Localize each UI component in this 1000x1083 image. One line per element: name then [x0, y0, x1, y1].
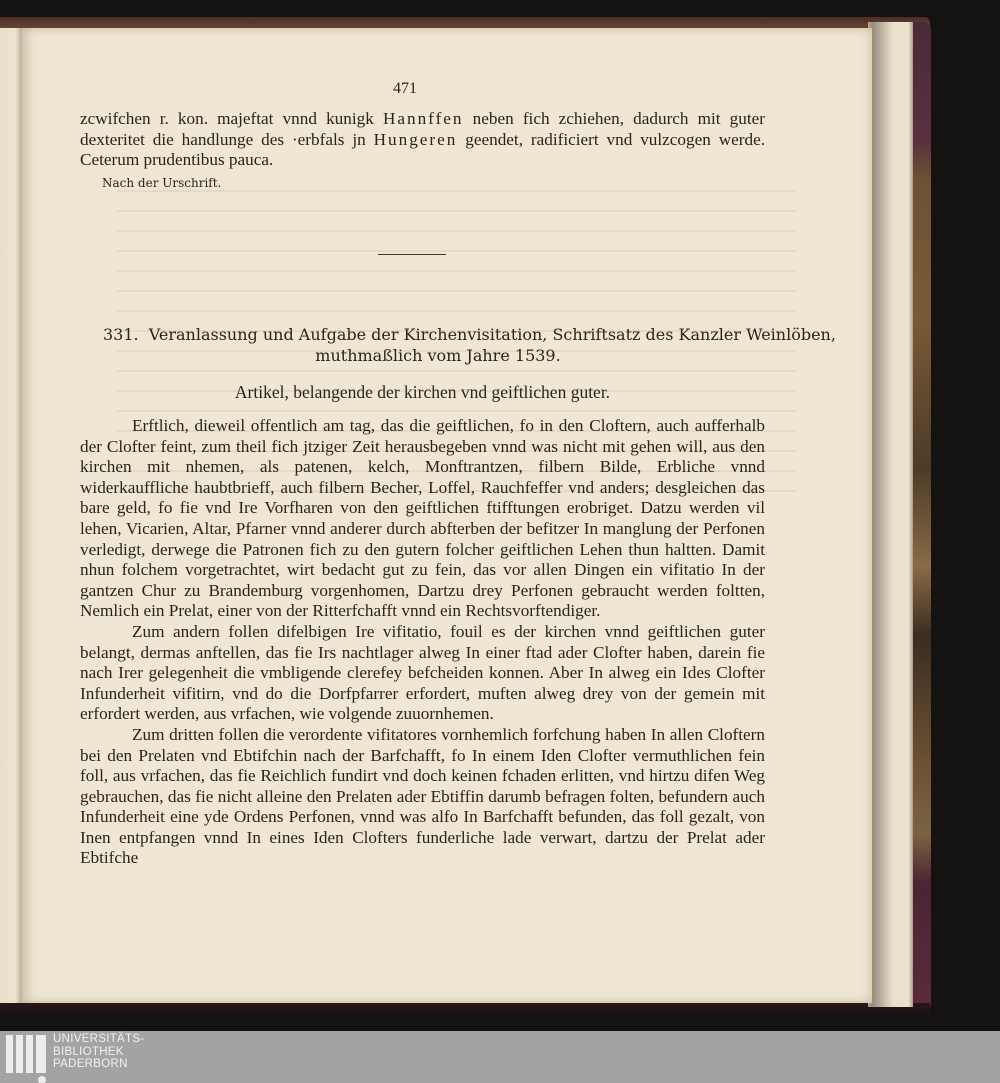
continuation-paragraph: zcwifchen r. kon. majeftat vnnd kunigk H…	[80, 109, 765, 171]
book-scan: 471 zcwifchen r. kon. majeftat vnnd kuni…	[0, 0, 1000, 1031]
section-divider	[378, 254, 446, 255]
section-title: Veranlassung und Aufgabe der Kirchenvisi…	[149, 325, 836, 344]
book-cover-bottom-edge	[0, 1003, 930, 1015]
spaced-name-hungeren: Hungeren	[374, 130, 458, 149]
section-title-continued: muthmaßlich vom Jahre 1539.	[103, 346, 763, 367]
spaced-name-hannssen: Hannffen	[383, 109, 464, 128]
section-number: 331.	[103, 325, 139, 344]
article-subheading: Artikel, belangende der kirchen vnd geif…	[80, 382, 765, 403]
facing-page-edge	[0, 28, 22, 1003]
body-text: Erftlich, dieweil offentlich am tag, das…	[80, 416, 765, 869]
library-footer-bar: UNIVERSITÄTS- BIBLIOTHEK PADERBORN	[0, 1031, 1000, 1083]
paragraph-2: Zum andern follen difelbigen Ire vifitat…	[80, 622, 765, 725]
paragraph-3: Zum dritten follen die verordente vifita…	[80, 725, 765, 869]
library-logo-text: UNIVERSITÄTS- BIBLIOTHEK PADERBORN	[53, 1033, 144, 1071]
section-heading: 331. Veranlassung und Aufgabe der Kirche…	[103, 325, 763, 366]
page-stack-edge	[868, 22, 913, 1007]
source-note: Nach der Urschrift.	[102, 176, 221, 190]
paragraph-1: Erftlich, dieweil offentlich am tag, das…	[80, 416, 765, 622]
